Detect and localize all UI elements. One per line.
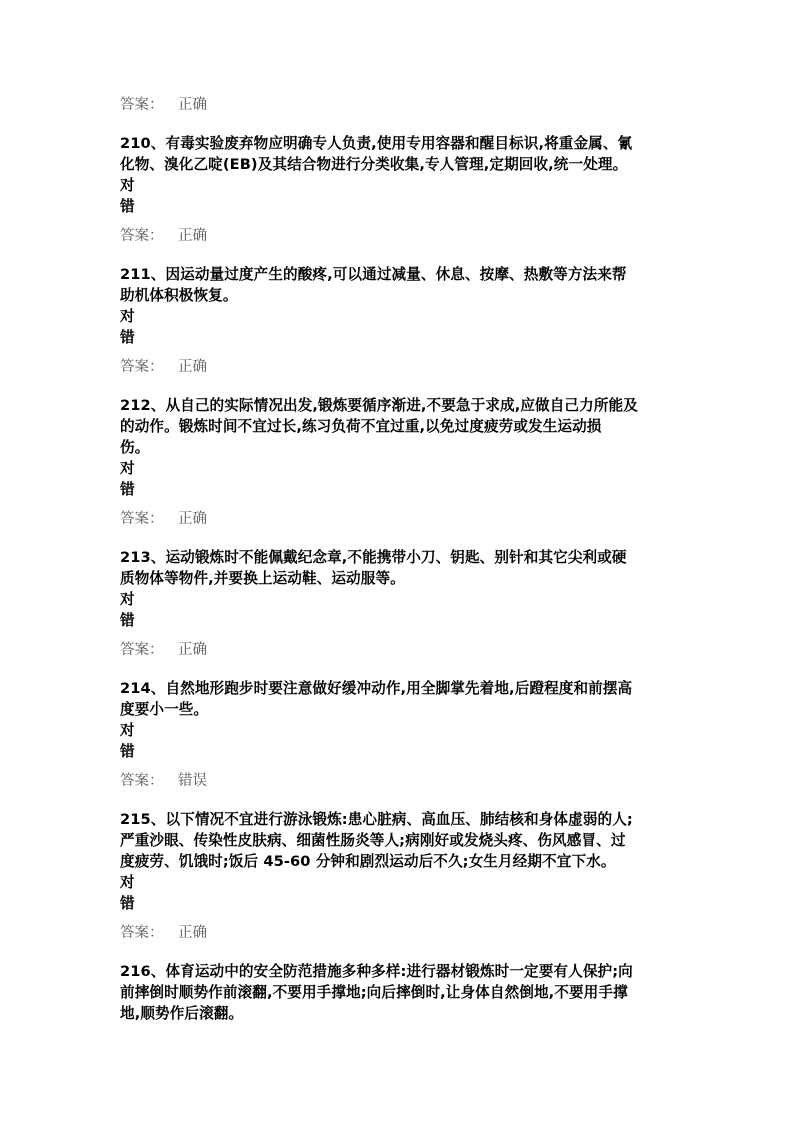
option-true[interactable]: 对 (120, 720, 680, 741)
question-text-line: 214、自然地形跑步时要注意做好缓冲动作,用全脚掌先着地,后蹬程度和前摆高 (120, 678, 680, 699)
question-text-line: 216、体育运动中的安全防范措施多种多样:进行器材锻炼时一定要有人保护;向 (120, 961, 680, 982)
answer-value: 正确 (178, 642, 207, 658)
answer-value: 正确 (178, 228, 207, 244)
option-false[interactable]: 错 (120, 893, 680, 914)
answer-value: 正确 (178, 925, 207, 941)
answer-line: 答案：错误 (120, 771, 680, 792)
option-false[interactable]: 错 (120, 741, 680, 762)
question-list: 答案：正确 210、有毒实验废弃物应明确专人负责,使用专用容器和醒目标识,将重金… (120, 95, 680, 1024)
question-text-line: 地,顺势作后滚翻。 (120, 1003, 680, 1024)
option-true[interactable]: 对 (120, 306, 680, 327)
answer-line: 答案：正确 (120, 509, 680, 530)
question-text-line: 度疲劳、饥饿时;饭后 45-60 分钟和剧烈运动后不久;女生月经期不宜下水。 (120, 851, 680, 872)
answer-value: 正确 (178, 97, 207, 113)
answer-value: 正确 (178, 359, 207, 375)
question-text-line: 212、从自己的实际情况出发,锻炼要循序渐进,不要急于求成,应做自己力所能及 (120, 395, 680, 416)
answer-value: 错误 (178, 773, 207, 789)
option-false[interactable]: 错 (120, 196, 680, 217)
question-text-line: 的动作。锻炼时间不宜过长,练习负荷不宜过重,以免过度疲劳或发生运动损 (120, 416, 680, 437)
question-216: 216、体育运动中的安全防范措施多种多样:进行器材锻炼时一定要有人保护;向 前摔… (120, 961, 680, 1024)
option-true[interactable]: 对 (120, 175, 680, 196)
question-text-line: 210、有毒实验废弃物应明确专人负责,使用专用容器和醒目标识,将重金属、氰 (120, 133, 680, 154)
answer-label: 答案： (120, 640, 178, 661)
answer-line: 答案：正确 (120, 923, 680, 944)
answer-line: 答案：正确 (120, 640, 680, 661)
option-false[interactable]: 错 (120, 479, 680, 500)
option-false[interactable]: 错 (120, 610, 680, 631)
question-213: 213、运动锻炼时不能佩戴纪念章,不能携带小刀、钥匙、别针和其它尖利或硬 质物体… (120, 547, 680, 661)
answer-line: 答案：正确 (120, 226, 680, 247)
option-true[interactable]: 对 (120, 458, 680, 479)
question-text-line: 助机体积极恢复。 (120, 285, 680, 306)
option-true[interactable]: 对 (120, 589, 680, 610)
answer-value: 正确 (178, 511, 207, 527)
document-page: 答案：正确 210、有毒实验废弃物应明确专人负责,使用专用容器和醒目标识,将重金… (0, 0, 793, 1122)
question-text-line: 前摔倒时顺势作前滚翻,不要用手撑地;向后摔倒时,让身体自然倒地,不要用手撑 (120, 982, 680, 1003)
answer-line-209: 答案：正确 (120, 95, 680, 116)
question-211: 211、因运动量过度产生的酸疼,可以通过减量、休息、按摩、热敷等方法来帮 助机体… (120, 264, 680, 378)
question-text-line: 伤。 (120, 437, 680, 458)
answer-label: 答案： (120, 509, 178, 530)
question-215: 215、以下情况不宜进行游泳锻炼:患心脏病、高血压、肺结核和身体虚弱的人; 严重… (120, 809, 680, 944)
question-210: 210、有毒实验废弃物应明确专人负责,使用专用容器和醒目标识,将重金属、氰 化物… (120, 133, 680, 247)
question-text-line: 质物体等物件,并要换上运动鞋、运动服等。 (120, 568, 680, 589)
question-text-line: 213、运动锻炼时不能佩戴纪念章,不能携带小刀、钥匙、别针和其它尖利或硬 (120, 547, 680, 568)
answer-line: 答案：正确 (120, 357, 680, 378)
answer-label: 答案： (120, 771, 178, 792)
answer-label: 答案： (120, 357, 178, 378)
answer-label: 答案： (120, 95, 178, 116)
option-true[interactable]: 对 (120, 872, 680, 893)
option-false[interactable]: 错 (120, 327, 680, 348)
question-text-line: 严重沙眼、传染性皮肤病、细菌性肠炎等人;病刚好或发烧头疼、伤风感冒、过 (120, 830, 680, 851)
answer-label: 答案： (120, 226, 178, 247)
question-text-line: 度要小一些。 (120, 699, 680, 720)
question-214: 214、自然地形跑步时要注意做好缓冲动作,用全脚掌先着地,后蹬程度和前摆高 度要… (120, 678, 680, 792)
question-212: 212、从自己的实际情况出发,锻炼要循序渐进,不要急于求成,应做自己力所能及 的… (120, 395, 680, 530)
question-text-line: 215、以下情况不宜进行游泳锻炼:患心脏病、高血压、肺结核和身体虚弱的人; (120, 809, 680, 830)
question-text-line: 211、因运动量过度产生的酸疼,可以通过减量、休息、按摩、热敷等方法来帮 (120, 264, 680, 285)
answer-label: 答案： (120, 923, 178, 944)
question-text-line: 化物、溴化乙啶(EB)及其结合物进行分类收集,专人管理,定期回收,统一处理。 (120, 154, 680, 175)
